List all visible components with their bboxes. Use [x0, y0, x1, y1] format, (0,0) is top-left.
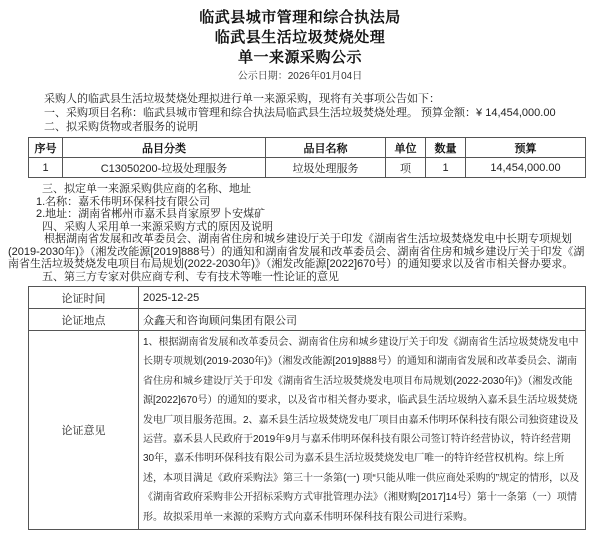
section-4-heading: 四、采购人采用单一来源采购方式的原因及说明: [8, 221, 592, 234]
table-row: 论证时间 2025-12-25: [29, 287, 586, 309]
items-header-unit: 单位: [386, 138, 426, 158]
supplier-name: 1.名称：嘉禾伟明环保科技有限公司: [8, 196, 592, 209]
item-name: 垃圾处理服务: [266, 158, 386, 178]
review-place-label: 论证地点: [29, 309, 139, 331]
items-table: 序号 品目分类 品目名称 单位 数量 预算 1 C13050200-垃圾处理服务…: [28, 137, 586, 178]
items-header-name: 品目名称: [266, 138, 386, 158]
items-table-header-row: 序号 品目分类 品目名称 单位 数量 预算: [29, 138, 586, 158]
review-time-value: 2025-12-25: [139, 287, 586, 309]
table-row: 1 C13050200-垃圾处理服务 垃圾处理服务 项 1 14,454,000…: [29, 158, 586, 178]
item-qty: 1: [426, 158, 466, 178]
section-2-heading: 二、拟采购货物或者服务的说明: [8, 120, 592, 134]
section-4-reason: 根据湖南省发展和改革委员会、湖南省住房和城乡建设厅关于印发《湖南省生活垃圾焚烧发…: [8, 233, 592, 271]
title-line-project: 临武县生活垃圾焚烧处理: [8, 28, 592, 48]
doc-header: 临武县城市管理和综合执法局 临武县生活垃圾焚烧处理 单一来源采购公示 公示日期：…: [8, 8, 592, 83]
supplier-address: 2.地址：湖南省郴州市嘉禾县肖家原罗卜安煤矿: [8, 208, 592, 221]
procurement-notice-page: 临武县城市管理和综合执法局 临武县生活垃圾焚烧处理 单一来源采购公示 公示日期：…: [0, 0, 600, 533]
section-5-heading: 五、第三方专家对供应商专利、专有技术等唯一性论证的意见: [8, 271, 592, 284]
page-title: 临武县城市管理和综合执法局 临武县生活垃圾焚烧处理 单一来源采购公示: [8, 8, 592, 68]
table-row: 论证意见 1、根据湖南省发展和改革委员会、湖南省住房和城乡建设厅关于印发《湖南省…: [29, 331, 586, 530]
item-category: C13050200-垃圾处理服务: [63, 158, 266, 178]
items-header-category: 品目分类: [63, 138, 266, 158]
item-seq: 1: [29, 158, 63, 178]
items-header-budget: 预算: [466, 138, 586, 158]
review-place-value: 众鑫天和咨询顾问集团有限公司: [139, 309, 586, 331]
items-header-seq: 序号: [29, 138, 63, 158]
items-header-qty: 数量: [426, 138, 466, 158]
mid-section: 三、拟定单一来源采购供应商的名称、地址 1.名称：嘉禾伟明环保科技有限公司 2.…: [8, 183, 592, 283]
intro-section: 采购人的临武县生活垃圾焚烧处理拟进行单一来源采购，现将有关事项公告如下： 一、采…: [8, 92, 592, 134]
publish-date: 公示日期：2026年01月04日: [8, 70, 592, 83]
item-unit: 项: [386, 158, 426, 178]
review-opinion-text: 1、根据湖南省发展和改革委员会、湖南省住房和城乡建设厅关于印发《湖南省生活垃圾焚…: [143, 333, 581, 527]
review-opinion-label: 论证意见: [29, 331, 139, 530]
table-row: 论证地点 众鑫天和咨询顾问集团有限公司: [29, 309, 586, 331]
title-line-type: 单一来源采购公示: [8, 48, 592, 68]
review-time-label: 论证时间: [29, 287, 139, 309]
item-budget: 14,454,000.00: [466, 158, 586, 178]
section-1-project-name: 一、采购项目名称：临武县城市管理和综合执法局临武县生活垃圾焚烧处理。 预算金额：…: [8, 106, 592, 120]
review-table: 论证时间 2025-12-25 论证地点 众鑫天和咨询顾问集团有限公司 论证意见…: [28, 286, 586, 530]
review-opinion-value: 1、根据湖南省发展和改革委员会、湖南省住房和城乡建设厅关于印发《湖南省生活垃圾焚…: [139, 331, 586, 530]
intro-line: 采购人的临武县生活垃圾焚烧处理拟进行单一来源采购，现将有关事项公告如下：: [8, 92, 592, 106]
title-line-agency: 临武县城市管理和综合执法局: [8, 8, 592, 28]
section-3-heading: 三、拟定单一来源采购供应商的名称、地址: [8, 183, 592, 196]
